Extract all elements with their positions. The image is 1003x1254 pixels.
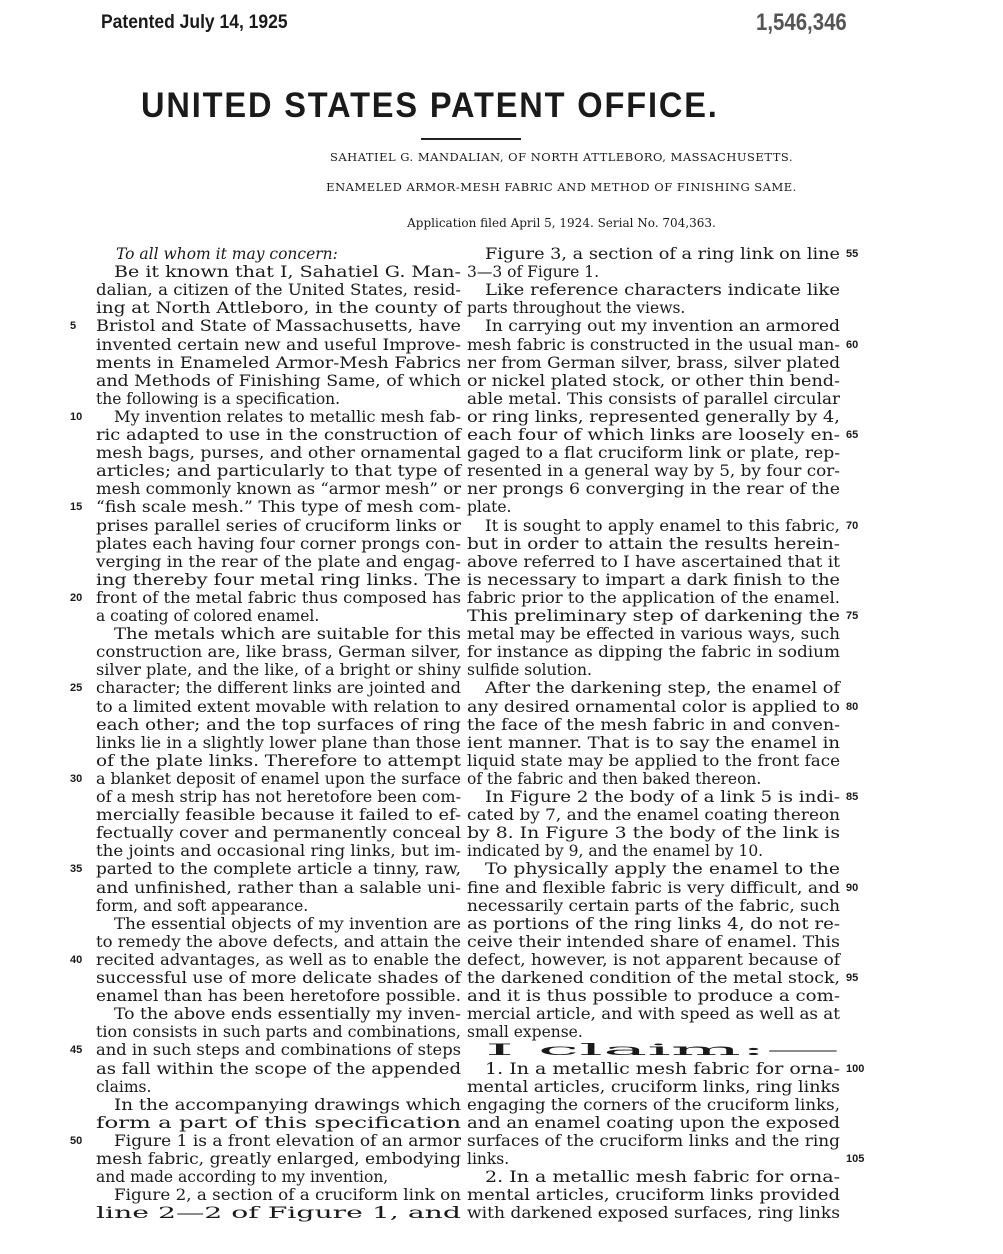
text-line: Figure 2, a section of a cruciform link … — [114, 1186, 461, 1204]
text-line: Like reference characters indicate like — [485, 281, 840, 299]
text-line: To the above ends essentially my inven- — [114, 1005, 461, 1023]
text-line: ner prongs 6 converging in the rear of t… — [467, 480, 840, 498]
text-line: and Methods of Finishing Same, of which — [96, 372, 461, 390]
text-line: plates each having four corner prongs co… — [96, 535, 461, 553]
text-line: 3—3 of Figure 1. — [467, 263, 599, 281]
text-line: 2. In a metallic mesh fabric for orna- — [485, 1168, 840, 1186]
text-line: Figure 1 is a front elevation of an armo… — [114, 1132, 461, 1150]
text-line: After the darkening step, the enamel of — [485, 679, 840, 697]
text-line: articles; and particularly to that type … — [96, 462, 461, 480]
text-line: or nickel plated stock, or other thin be… — [467, 372, 840, 390]
patent-number: 1,546,346 — [756, 9, 847, 37]
text-line: of the plate links. Therefore to attempt — [96, 752, 461, 770]
text-line: by 8. In Figure 3 the body of the link i… — [467, 824, 840, 842]
text-line: ner from German silver, brass, silver pl… — [467, 354, 840, 372]
text-line: construction are, like brass, German sil… — [96, 643, 461, 661]
text-line: any desired ornamental color is applied … — [467, 698, 840, 716]
text-line: fine and flexible fabric is very difficu… — [467, 879, 840, 897]
text-line: to a limited extent movable with relatio… — [96, 698, 461, 716]
text-line: the joints and occasional ring links, bu… — [96, 842, 461, 860]
text-line: successful use of more delicate shades o… — [96, 969, 461, 987]
line-number: 105 — [846, 1153, 864, 1165]
line-number: 65 — [846, 429, 858, 441]
text-line: In the accompanying drawings which — [114, 1096, 461, 1114]
text-line: parted to the complete article a tinny, … — [96, 860, 461, 878]
text-line: Figure 3, a section of a ring link on li… — [485, 245, 840, 263]
text-line: ceive their intended share of enamel. Th… — [467, 933, 840, 951]
text-line: but in order to attain the results herei… — [467, 535, 840, 553]
text-line: character; the different links are joint… — [96, 679, 461, 697]
text-line: mental articles, cruciform links, ring l… — [467, 1078, 840, 1096]
line-number: 25 — [70, 682, 82, 694]
line-number: 60 — [846, 339, 858, 351]
text-line: ing at North Attleboro, in the county of — [96, 299, 461, 317]
text-line: mesh bags, purses, and other ornamental — [96, 444, 461, 462]
text-line: dalian, a citizen of the United States, … — [96, 281, 461, 299]
office-heading: UNITED STATES PATENT OFFICE. — [141, 86, 719, 126]
text-line: the darkened condition of the metal stoc… — [467, 969, 840, 987]
text-line: resented in a general way by 5, by four … — [467, 462, 840, 480]
text-line: mesh fabric, greatly enlarged, embodying — [96, 1150, 461, 1168]
text-line: ient manner. That is to say the enamel i… — [467, 734, 840, 752]
text-line: surfaces of the cruciform links and the … — [467, 1132, 840, 1150]
text-line: of the fabric and then baked thereon. — [467, 770, 761, 788]
line-number: 100 — [846, 1063, 864, 1075]
text-line: My invention relates to metallic mesh fa… — [114, 408, 461, 426]
text-line: ric adapted to use in the construction o… — [96, 426, 461, 444]
text-line: gaged to a flat cruciform link or plate,… — [467, 444, 840, 462]
text-line: mental articles, cruciform links provide… — [467, 1186, 840, 1204]
text-line: mercially feasible because it failed to … — [96, 806, 461, 824]
line-number: 20 — [70, 592, 82, 604]
text-line: and an enamel coating upon the exposed — [467, 1114, 840, 1132]
line-number: 70 — [846, 520, 858, 532]
text-line: sulfide solution. — [467, 661, 592, 679]
text-line: claims. — [96, 1078, 151, 1096]
heading-divider — [421, 138, 521, 140]
text-line: with darkened exposed surfaces, ring lin… — [467, 1204, 840, 1222]
text-line: To physically apply the enamel to the — [485, 860, 840, 878]
text-line: each four of which links are loosely en- — [467, 426, 840, 444]
text-line: a coating of colored enamel. — [96, 607, 319, 625]
text-line: engaging the corners of the cruciform li… — [467, 1096, 840, 1114]
text-line: as portions of the ring links 4, do not … — [467, 915, 840, 933]
text-line: It is sought to apply enamel to this fab… — [485, 517, 840, 535]
text-line: prises parallel series of cruciform link… — [96, 517, 461, 535]
text-line: the face of the mesh fabric in and conve… — [467, 716, 840, 734]
text-line: In carrying out my invention an armored — [485, 317, 840, 335]
text-line: plate. — [467, 498, 511, 516]
line-number: 30 — [70, 773, 82, 785]
text-line: The essential objects of my invention ar… — [114, 915, 461, 933]
text-line: as fall within the scope of the appended — [96, 1060, 461, 1078]
line-number: 55 — [846, 248, 858, 260]
text-line: mesh fabric is constructed in the usual … — [467, 336, 840, 354]
text-line: a blanket deposit of enamel upon the sur… — [96, 770, 461, 788]
patented-date: Patented July 14, 1925 — [101, 12, 288, 34]
text-line: “fish scale mesh.” This type of mesh com… — [96, 498, 461, 516]
text-line: This preliminary step of darkening the — [467, 607, 840, 625]
line-number: 40 — [70, 954, 82, 966]
text-line: mercial article, and with speed as well … — [467, 1005, 840, 1023]
text-line: the following is a specification. — [96, 390, 340, 408]
text-line: necessarily certain parts of the fabric,… — [467, 897, 840, 915]
text-line: of a mesh strip has not heretofore been … — [96, 788, 461, 806]
text-line: able metal. This consists of parallel ci… — [467, 390, 840, 408]
text-line: Be it known that I, Sahatiel G. Man- — [114, 263, 461, 281]
text-line: above referred to I have ascertained tha… — [467, 553, 840, 571]
line-number: 5 — [70, 320, 76, 332]
text-line: form, and soft appearance. — [96, 897, 308, 915]
text-line: In Figure 2 the body of a link 5 is indi… — [485, 788, 840, 806]
text-line: 1. In a metallic mesh fabric for orna- — [485, 1060, 840, 1078]
text-line: metal may be effected in various ways, s… — [467, 625, 840, 643]
text-line: links. — [467, 1150, 509, 1168]
text-line: indicated by 9, and the enamel by 10. — [467, 842, 763, 860]
text-line: line 2—2 of Figure 1, and — [96, 1204, 461, 1222]
text-line: links lie in a slightly lower plane than… — [96, 734, 461, 752]
text-line: silver plate, and the like, of a bright … — [96, 661, 461, 679]
text-line: enamel than has been heretofore possible… — [96, 987, 461, 1005]
line-number: 75 — [846, 610, 858, 622]
line-number: 50 — [70, 1135, 82, 1147]
line-number: 90 — [846, 882, 858, 894]
line-number: 35 — [70, 863, 82, 875]
line-number: 95 — [846, 972, 858, 984]
line-number: 45 — [70, 1044, 82, 1056]
text-line: ing thereby four metal ring links. The — [96, 571, 461, 589]
text-line: tion consists in such parts and combinat… — [96, 1023, 461, 1041]
text-line: and unfinished, rather than a salable un… — [96, 879, 461, 897]
text-line: and it is thus possible to produce a com… — [467, 987, 840, 1005]
text-line: parts throughout the views. — [467, 299, 685, 317]
line-number: 15 — [70, 501, 82, 513]
text-line: each other; and the top surfaces of ring — [96, 716, 461, 734]
text-line: or ring links, represented generally by … — [467, 408, 840, 426]
text-line: invented certain new and useful Improve- — [96, 336, 461, 354]
text-line: To all whom it may concern: — [116, 245, 338, 263]
text-line: front of the metal fabric thus composed … — [96, 589, 461, 607]
text-line: liquid state may be applied to the front… — [467, 752, 840, 770]
text-line: cated by 7, and the enamel coating there… — [467, 806, 840, 824]
text-line: fectually cover and permanently conceal — [96, 824, 461, 842]
inventor-line: SAHATIEL G. MANDALIAN, OF NORTH ATTLEBOR… — [60, 150, 1003, 164]
text-line: to remedy the above defects, and attain … — [96, 933, 461, 951]
text-line: recited advantages, as well as to enable… — [96, 951, 461, 969]
line-number: 10 — [70, 411, 82, 423]
text-line: small expense. — [467, 1023, 583, 1041]
text-line: defect, however, is not apparent because… — [467, 951, 840, 969]
text-line: mesh commonly known as “armor mesh” or — [96, 480, 461, 498]
text-line: for instance as dipping the fabric in so… — [467, 643, 840, 661]
line-number: 80 — [846, 701, 858, 713]
text-line: I claim:— — [485, 1041, 840, 1059]
invention-title: ENAMELED ARMOR-MESH FABRIC AND METHOD OF… — [60, 180, 1003, 194]
text-line: is necessary to impart a dark finish to … — [467, 571, 840, 589]
text-line: and in such steps and combinations of st… — [96, 1041, 461, 1059]
text-line: form a part of this specification — [96, 1114, 461, 1132]
text-line: Bristol and State of Massachusetts, have — [96, 317, 461, 335]
text-line: and made according to my invention, — [96, 1168, 388, 1186]
application-line: Application filed April 5, 1924. Serial … — [60, 216, 1003, 230]
text-line: ments in Enameled Armor-Mesh Fabrics — [96, 354, 461, 372]
text-line: fabric prior to the application of the e… — [467, 589, 840, 607]
line-number: 85 — [846, 791, 858, 803]
text-line: verging in the rear of the plate and eng… — [96, 553, 461, 571]
text-line: The metals which are suitable for this — [114, 625, 461, 643]
